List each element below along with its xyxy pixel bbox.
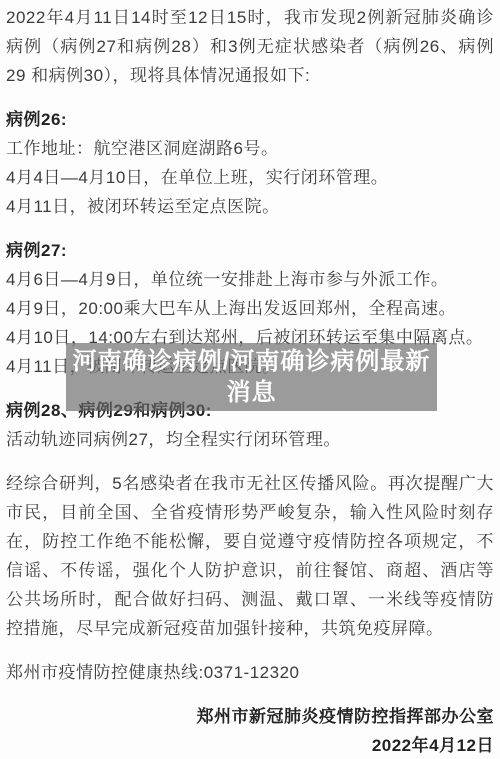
advisory-paragraph: 经综合研判，5名感染者在我市无社区传播风险。再次提醒广大市民，目前全国、全省疫情… (6, 469, 494, 643)
watermark-overlay: 河南确诊病例/河南确诊病例最新消息 (66, 343, 437, 411)
signature-block: 郑州市新冠肺炎疫情防控指挥部办公室 2022年4月12日 (6, 702, 494, 759)
signature-office: 郑州市新冠肺炎疫情防控指挥部办公室 (6, 702, 494, 731)
case-26-line: 工作地址：航空港区洞庭湖路6号。 (6, 134, 494, 163)
case-28-29-30-line: 活动轨迹同病例27，均全程实行闭环管理。 (6, 425, 494, 454)
case-27-line: 4月9日，20:00乘大巴车从上海出发返回郑州，全程高速。 (6, 294, 494, 323)
case-27-line: 4月6日—4月9日，单位统一安排赴上海市参与外派工作。 (6, 265, 494, 294)
case-27-heading: 病例27: (6, 236, 494, 265)
case-26-line: 4月11日，被闭环转运至定点医院。 (6, 192, 494, 221)
case-26-section: 病例26: 工作地址：航空港区洞庭湖路6号。 4月4日—4月10日，在单位上班，… (6, 105, 494, 221)
watermark-text: 河南确诊病例/河南确诊病例最新消息 (70, 346, 433, 408)
signature-date: 2022年4月12日 (6, 731, 494, 759)
hotline-text: 郑州市疫情防控健康热线:0371-12320 (6, 658, 494, 687)
intro-paragraph: 2022年4月11日14时至12日15时，我市发现2例新冠肺炎确诊病例（病例27… (6, 3, 494, 90)
case-26-line: 4月4日—4月10日，在单位上班，实行闭环管理。 (6, 163, 494, 192)
case-26-heading: 病例26: (6, 105, 494, 134)
